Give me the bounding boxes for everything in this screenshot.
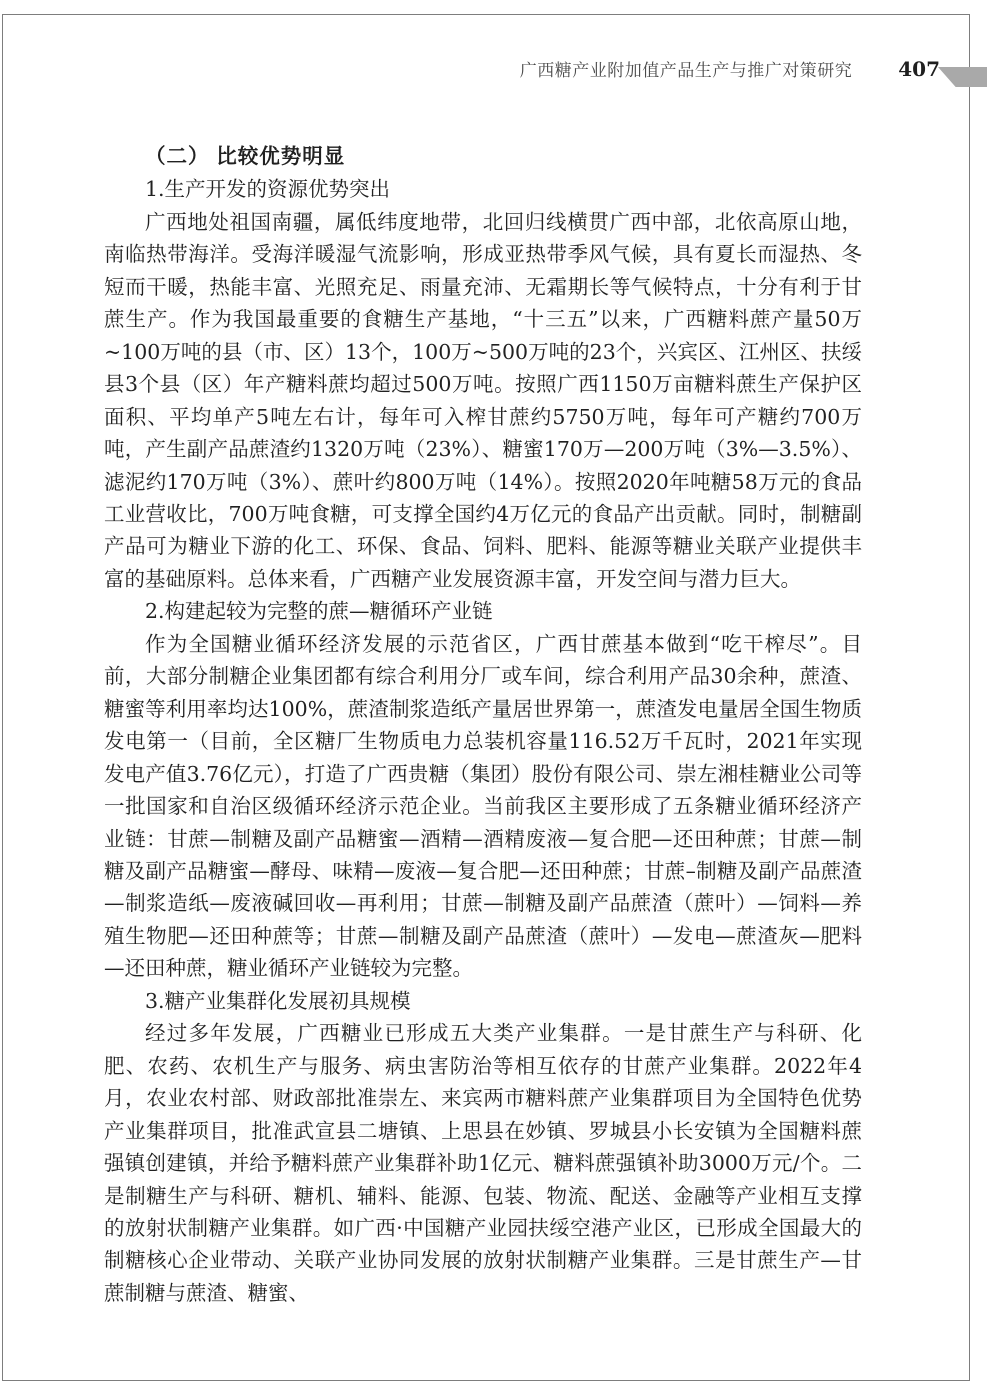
subsection-heading-1: 1.生产开发的资源优势突出 [104,173,862,205]
subsection-heading-2: 2.构建起较为完整的蔗—糖循环产业链 [104,595,862,627]
paragraph-industry-clusters: 经过多年发展，广西糖业已形成五大类产业集群。一是甘蔗生产与科研、化肥、农药、农机… [104,1017,862,1309]
page-number: 407 [898,57,940,81]
page-content: （二） 比较优势明显 1.生产开发的资源优势突出 广西地处祖国南疆，属低纬度地带… [104,141,862,1309]
paragraph-resource-advantage: 广西地处祖国南疆，属低纬度地带，北回归线横贯广西中部，北依高原山地，南临热带海洋… [104,206,862,595]
running-title: 广西糖产业附加值产品生产与推广对策研究 [520,56,853,81]
page-header: 广西糖产业附加值产品生产与推广对策研究 407 [104,56,940,86]
subsection-heading-3: 3.糖产业集群化发展初具规模 [104,985,862,1017]
section-heading: （二） 比较优势明显 [104,141,862,173]
book-page: 广西糖产业附加值产品生产与推广对策研究 407 （二） 比较优势明显 1.生产开… [0,0,987,1396]
paragraph-circular-industry-chain: 作为全国糖业循环经济发展的示范省区，广西甘蔗基本做到“吃干榨尽”。目前，大部分制… [104,628,862,985]
